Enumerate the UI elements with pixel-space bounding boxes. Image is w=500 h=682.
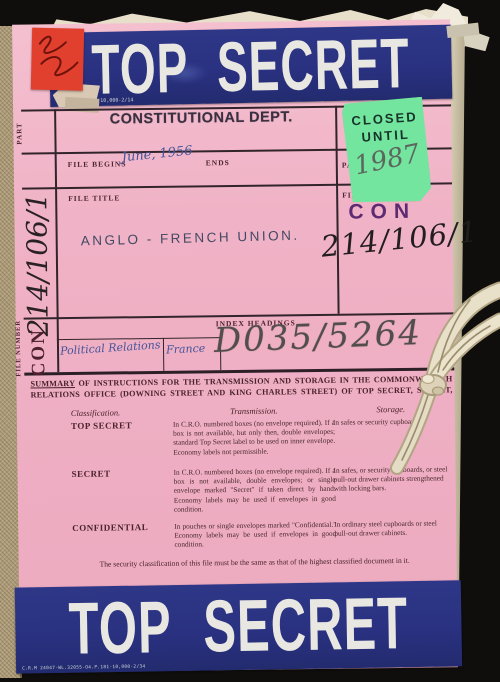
file-title-value: ANGLO - FRENCH UNION. [81,228,300,249]
column-header-classification: Classification. [71,407,120,418]
transmission-top-secret: In C.R.O. numbered boxes (no envelope re… [173,418,335,457]
transmission-confidential: In pouches or single envelopes marked "C… [174,520,336,550]
summary-paragraph: SUMMARY OF INSTRUCTIONS FOR THE TRANSMIS… [30,373,452,402]
red-label-sticker [31,28,84,91]
photo-backdrop: TOP SECRET 10,000-2/14 CLOSED UNTIL 1987 [0,0,500,682]
summary-rest: OF INSTRUCTIONS FOR THE TRANSMISSION AND… [31,374,453,402]
file-title-label: FILE TITLE [68,193,120,203]
column-header-storage: Storage. [333,403,449,414]
transmission-secret: In C.R.O. numbered boxes (no envelope re… [173,466,336,514]
classification-secret: SECRET [71,469,110,479]
ends-label: ENDS [206,158,230,167]
summary-word: SUMMARY [30,379,75,389]
column-header-transmission: Transmission. [173,405,335,417]
spine-con-prefix: CON [28,324,51,376]
banner-print-code: 10,000-2/14 [100,97,133,104]
index-entry-2: France [166,342,206,357]
top-secret-banner-top: TOP SECRET 10,000-2/14 [49,25,452,107]
top-secret-text: TOP SECRET [15,581,462,672]
handwritten-scribble-icon [31,28,84,91]
storage-secret: In safes, or security cupboards, or stee… [333,464,449,493]
classification-footnote: The security classification of this file… [59,555,451,569]
top-secret-banner-bottom: TOP SECRET C.R.M 24047-WL.32055-O4.P.181… [15,580,462,673]
rule [163,338,164,371]
spine-file-number: 214/106/1 [19,134,54,336]
reference-number: D035/5264 [213,313,423,361]
closed-until-sticker: CLOSED UNTIL 1987 [341,97,432,206]
file-begins-label: FILE BEGINS [68,159,127,169]
file-begins-value: June, 1956 [121,143,193,165]
rule [335,106,339,314]
classification-top-secret: TOP SECRET [71,420,132,431]
classification-confidential: CONFIDENTIAL [72,522,148,533]
department-stamp: CONSTITUTIONAL DEPT. [91,109,311,128]
storage-confidential: In ordinary steel cupboards or steel pul… [334,518,450,538]
file-cover: TOP SECRET 10,000-2/14 CLOSED UNTIL 1987 [12,19,458,672]
spine-file-number-label: FILE NUMBER [15,329,23,377]
index-entry-1: Political Relations [60,338,161,357]
storage-top-secret: In safes or security cupboards. [333,416,449,427]
